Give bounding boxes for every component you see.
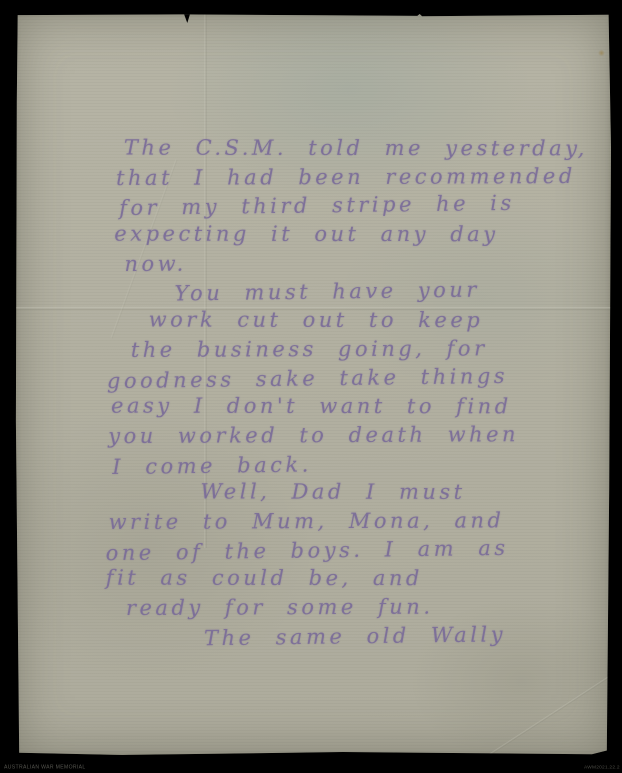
letter-line: easy I don't want to find [111, 394, 583, 424]
letter-page: The C.S.M. told me yesterday,that I had … [15, 14, 611, 755]
letter-line: that I had been recommended [116, 164, 582, 195]
letter-body: The C.S.M. told me yesterday,that I had … [102, 135, 584, 653]
letter-line: one of the boys. I am as [106, 534, 584, 569]
letter-line: I come back. [112, 448, 583, 483]
letter-line: The C.S.M. told me yesterday, [124, 136, 582, 165]
letter-line: Well, Dad I must [200, 480, 583, 509]
letter-line: you worked to death when [108, 422, 583, 453]
scan-background: The C.S.M. told me yesterday,that I had … [0, 0, 622, 773]
archive-label: AUSTRALIAN WAR MEMORIAL [4, 765, 86, 770]
letter-line: You must have your [174, 277, 582, 311]
corner-fold-crease [466, 665, 622, 770]
paper-stain [598, 50, 605, 56]
letter-line: now. [124, 250, 582, 281]
letter-line: goodness sake take things [107, 362, 583, 397]
letter-line: for my third stripe he is [119, 190, 582, 225]
top-edge-notch [184, 14, 190, 23]
letter-line: work cut out to keep [149, 308, 583, 337]
letter-line: the business going, for [131, 336, 583, 367]
catalog-number: AWM2021.22.2 [584, 765, 620, 770]
letter-line: The same old Wally [204, 621, 584, 655]
letter-line: fit as could be, and [106, 566, 584, 596]
letter-line: write to Mum, Mona, and [109, 508, 584, 539]
letter-line: expecting it out any day [114, 222, 582, 252]
letter-line: ready for some fun. [126, 594, 584, 625]
